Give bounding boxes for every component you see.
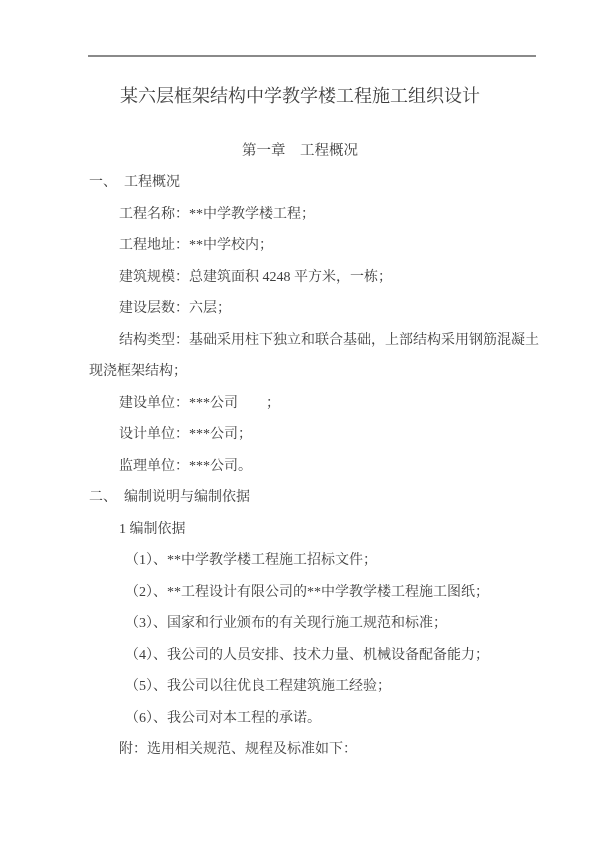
basis-item-2: （2）、**工程设计有限公司的**中学教学楼工程施工图纸；	[125, 577, 559, 609]
field-supervision-unit: 监理单位：***公司。	[119, 451, 559, 483]
field-project-name: 工程名称：**中学教学楼工程；	[119, 199, 559, 231]
field-structure-type: 结构类型：基础采用柱下独立和联合基础，上部结构采用钢筋混凝土	[119, 325, 559, 357]
attachment-note: 附：选用相关规范、规程及标准如下：	[119, 734, 559, 766]
section-2-heading: 二、 编制说明与编制依据	[89, 482, 559, 514]
field-project-address: 工程地址：**中学校内；	[119, 230, 559, 262]
document-page: 某六层框架结构中学教学楼工程施工组织设计 第一章 工程概况 一、 工程概况 工程…	[0, 0, 600, 850]
basis-item-3: （3）、国家和行业颁布的有关现行施工规范和标准；	[125, 608, 559, 640]
field-structure-type-cont: 现浇框架结构；	[89, 356, 559, 388]
subsection-basis-heading: 1 编制依据	[119, 514, 559, 546]
section-1-heading: 一、 工程概况	[89, 167, 559, 199]
field-building-floors: 建设层数：六层；	[119, 293, 559, 325]
basis-item-1: （1）、**中学教学楼工程施工招标文件；	[125, 545, 559, 577]
basis-item-5: （5）、我公司以往优良工程建筑施工经验；	[125, 671, 559, 703]
basis-item-4: （4）、我公司的人员安排、技术力量、机械设备配备能力；	[125, 640, 559, 672]
field-design-unit: 设计单位：***公司；	[119, 419, 559, 451]
basis-item-6: （6）、我公司对本工程的承诺。	[125, 703, 559, 735]
field-building-scale: 建筑规模：总建筑面积 4248 平方米，一栋；	[119, 262, 559, 294]
field-construction-unit: 建设单位：***公司 ；	[119, 388, 559, 420]
header-rule	[88, 55, 536, 57]
document-title: 某六层框架结构中学教学楼工程施工组织设计	[0, 84, 600, 108]
document-body: 一、 工程概况 工程名称：**中学教学楼工程； 工程地址：**中学校内； 建筑规…	[89, 167, 559, 766]
chapter-heading: 第一章 工程概况	[0, 142, 600, 160]
